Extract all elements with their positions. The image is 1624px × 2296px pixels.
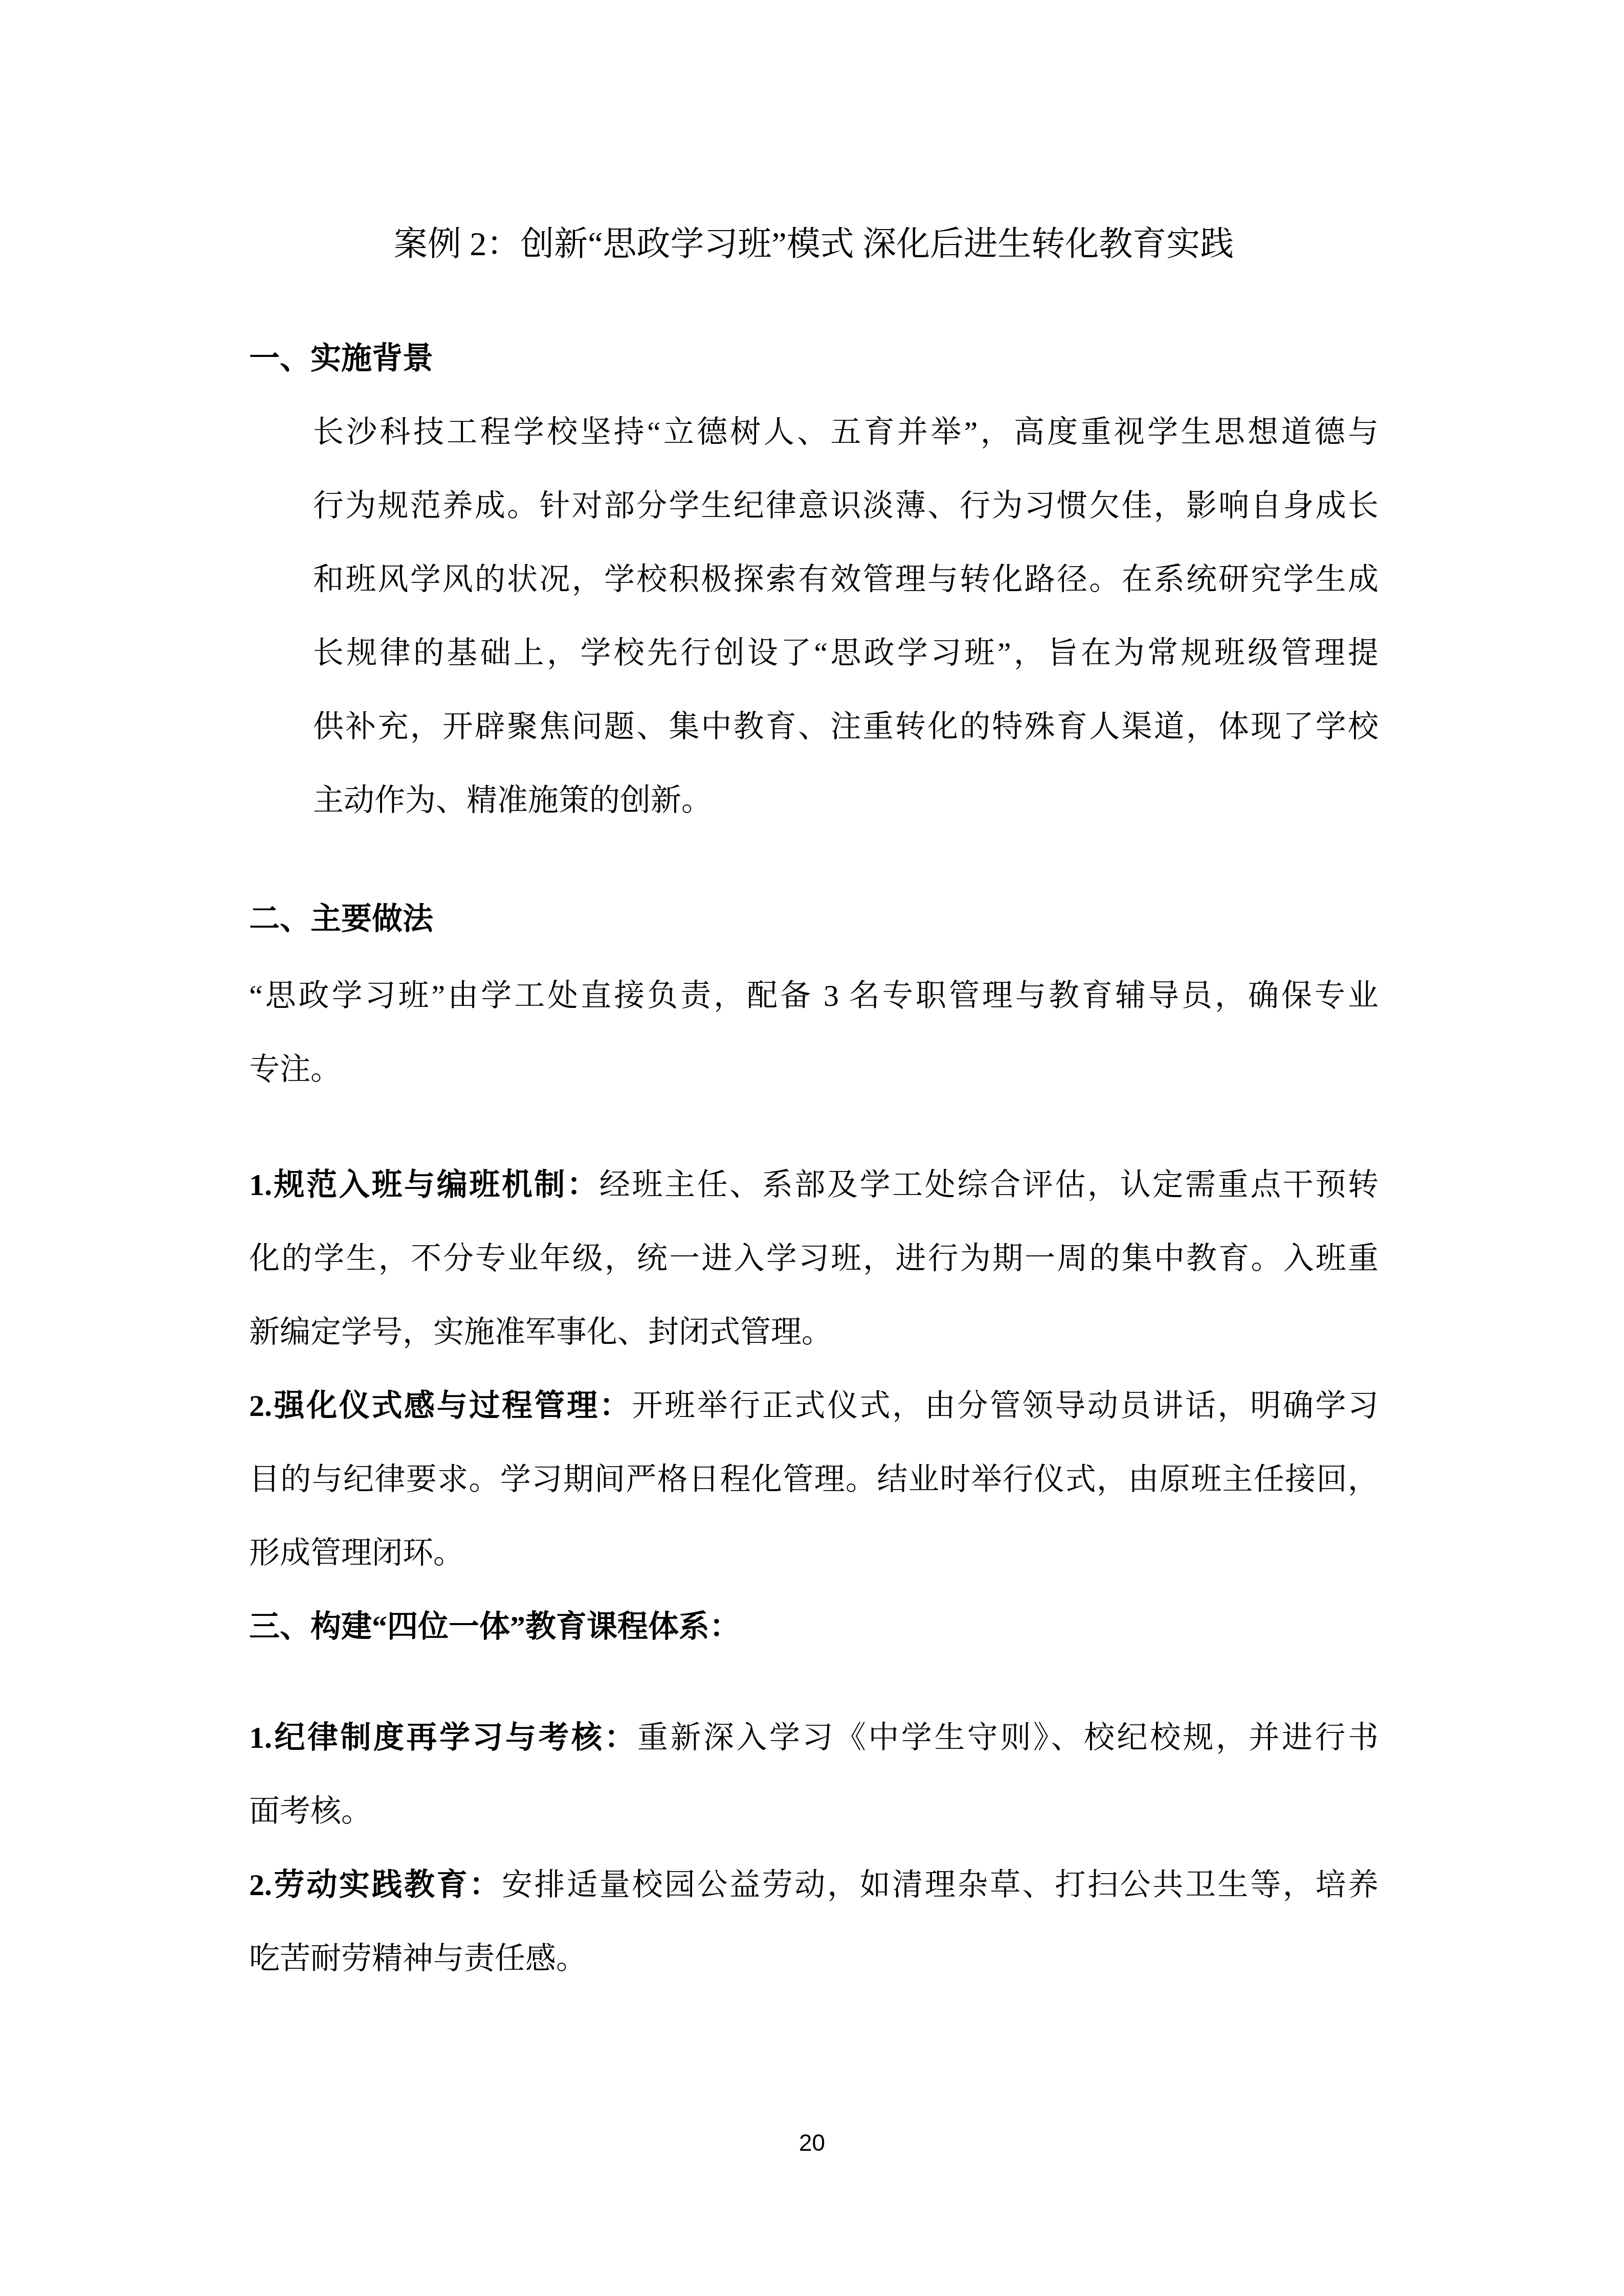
item-text: 安排适量校园公益劳动，如清理杂草、打扫公共卫生等，培养 — [502, 1868, 1378, 1902]
section-heading-1: 一、实施背景 — [249, 322, 1378, 395]
paragraph-line: 专注。 — [249, 1032, 1378, 1106]
paragraph-line: 长规律的基础上，学校先行创设了“思政学习班”，旨在为常规班级管理提 — [313, 616, 1378, 690]
item-text: 开班举行正式仪式，由分管领导动员讲话，明确学习 — [632, 1389, 1378, 1423]
item-lead: 2.强化仪式感与过程管理： — [249, 1389, 632, 1423]
section-heading-2: 二、主要做法 — [249, 882, 1378, 956]
list-item-line: 目的与纪律要求。学习期间严格日程化管理。结业时举行仪式，由原班主任接回， — [249, 1443, 1378, 1516]
document-content: 案例 2：创新“思政学习班”模式 深化后进生转化教育实践 一、实施背景 长沙科技… — [0, 0, 1624, 1995]
list-item-line: 吃苦耐劳精神与责任感。 — [249, 1922, 1378, 1995]
paragraph-line: 行为规范养成。针对部分学生纪律意识淡薄、行为习惯欠佳，影响自身成长 — [313, 469, 1378, 543]
paragraph-line: 和班风学风的状况，学校积极探索有效管理与转化路径。在系统研究学生成 — [313, 543, 1378, 616]
item-lead: 1.纪律制度再学习与考核： — [249, 1721, 637, 1754]
list-item-line: 1.规范入班与编班机制：经班主任、系部及学工处综合评估，认定需重点干预转 — [249, 1148, 1378, 1222]
page-number: 20 — [0, 2106, 1624, 2179]
list-item-1: 1.规范入班与编班机制：经班主任、系部及学工处综合评估，认定需重点干预转 化的学… — [249, 1148, 1378, 1369]
paragraph-line: 长沙科技工程学校坚持“立德树人、五育并举”，高度重视学生思想道德与 — [313, 395, 1378, 469]
list-item-4: 2.劳动实践教育：安排适量校园公益劳动，如清理杂草、打扫公共卫生等，培养 吃苦耐… — [249, 1848, 1378, 1995]
background-paragraph: 长沙科技工程学校坚持“立德树人、五育并举”，高度重视学生思想道德与 行为规范养成… — [249, 395, 1378, 837]
list-item-line: 2.劳动实践教育：安排适量校园公益劳动，如清理杂草、打扫公共卫生等，培养 — [249, 1848, 1378, 1922]
section-heading-3: 三、构建“四位一体”教育课程体系： — [249, 1590, 1378, 1663]
list-item-line: 形成管理闭环。 — [249, 1516, 1378, 1590]
paragraph-line: 供补充，开辟聚焦问题、集中教育、注重转化的特殊育人渠道，体现了学校 — [313, 690, 1378, 763]
methods-intro-paragraph: “思政学习班”由学工处直接负责，配备 3 名专职管理与教育辅导员，确保专业 专注… — [249, 959, 1378, 1106]
item-lead: 2.劳动实践教育： — [249, 1868, 502, 1902]
document-page: 案例 2：创新“思政学习班”模式 深化后进生转化教育实践 一、实施背景 长沙科技… — [0, 0, 1624, 2296]
item-text: 经班主任、系部及学工处综合评估，认定需重点干预转 — [599, 1168, 1378, 1202]
list-item-line: 1.纪律制度再学习与考核：重新深入学习《中学生守则》、校纪校规，并进行书 — [249, 1701, 1378, 1774]
list-item-line: 面考核。 — [249, 1774, 1378, 1848]
paragraph-line: 主动作为、精准施策的创新。 — [313, 763, 1378, 837]
list-item-line: 新编定学号，实施准军事化、封闭式管理。 — [249, 1295, 1378, 1369]
item-text: 重新深入学习《中学生守则》、校纪校规，并进行书 — [637, 1721, 1378, 1754]
list-item-2: 2.强化仪式感与过程管理：开班举行正式仪式，由分管领导动员讲话，明确学习 目的与… — [249, 1369, 1378, 1590]
list-item-line: 化的学生，不分专业年级，统一进入学习班，进行为期一周的集中教育。入班重 — [249, 1222, 1378, 1295]
document-title: 案例 2：创新“思政学习班”模式 深化后进生转化教育实践 — [249, 208, 1378, 281]
list-item-3: 1.纪律制度再学习与考核：重新深入学习《中学生守则》、校纪校规，并进行书 面考核… — [249, 1701, 1378, 1848]
item-lead: 1.规范入班与编班机制： — [249, 1168, 599, 1202]
list-item-line: 2.强化仪式感与过程管理：开班举行正式仪式，由分管领导动员讲话，明确学习 — [249, 1369, 1378, 1443]
paragraph-line: “思政学习班”由学工处直接负责，配备 3 名专职管理与教育辅导员，确保专业 — [249, 959, 1378, 1032]
